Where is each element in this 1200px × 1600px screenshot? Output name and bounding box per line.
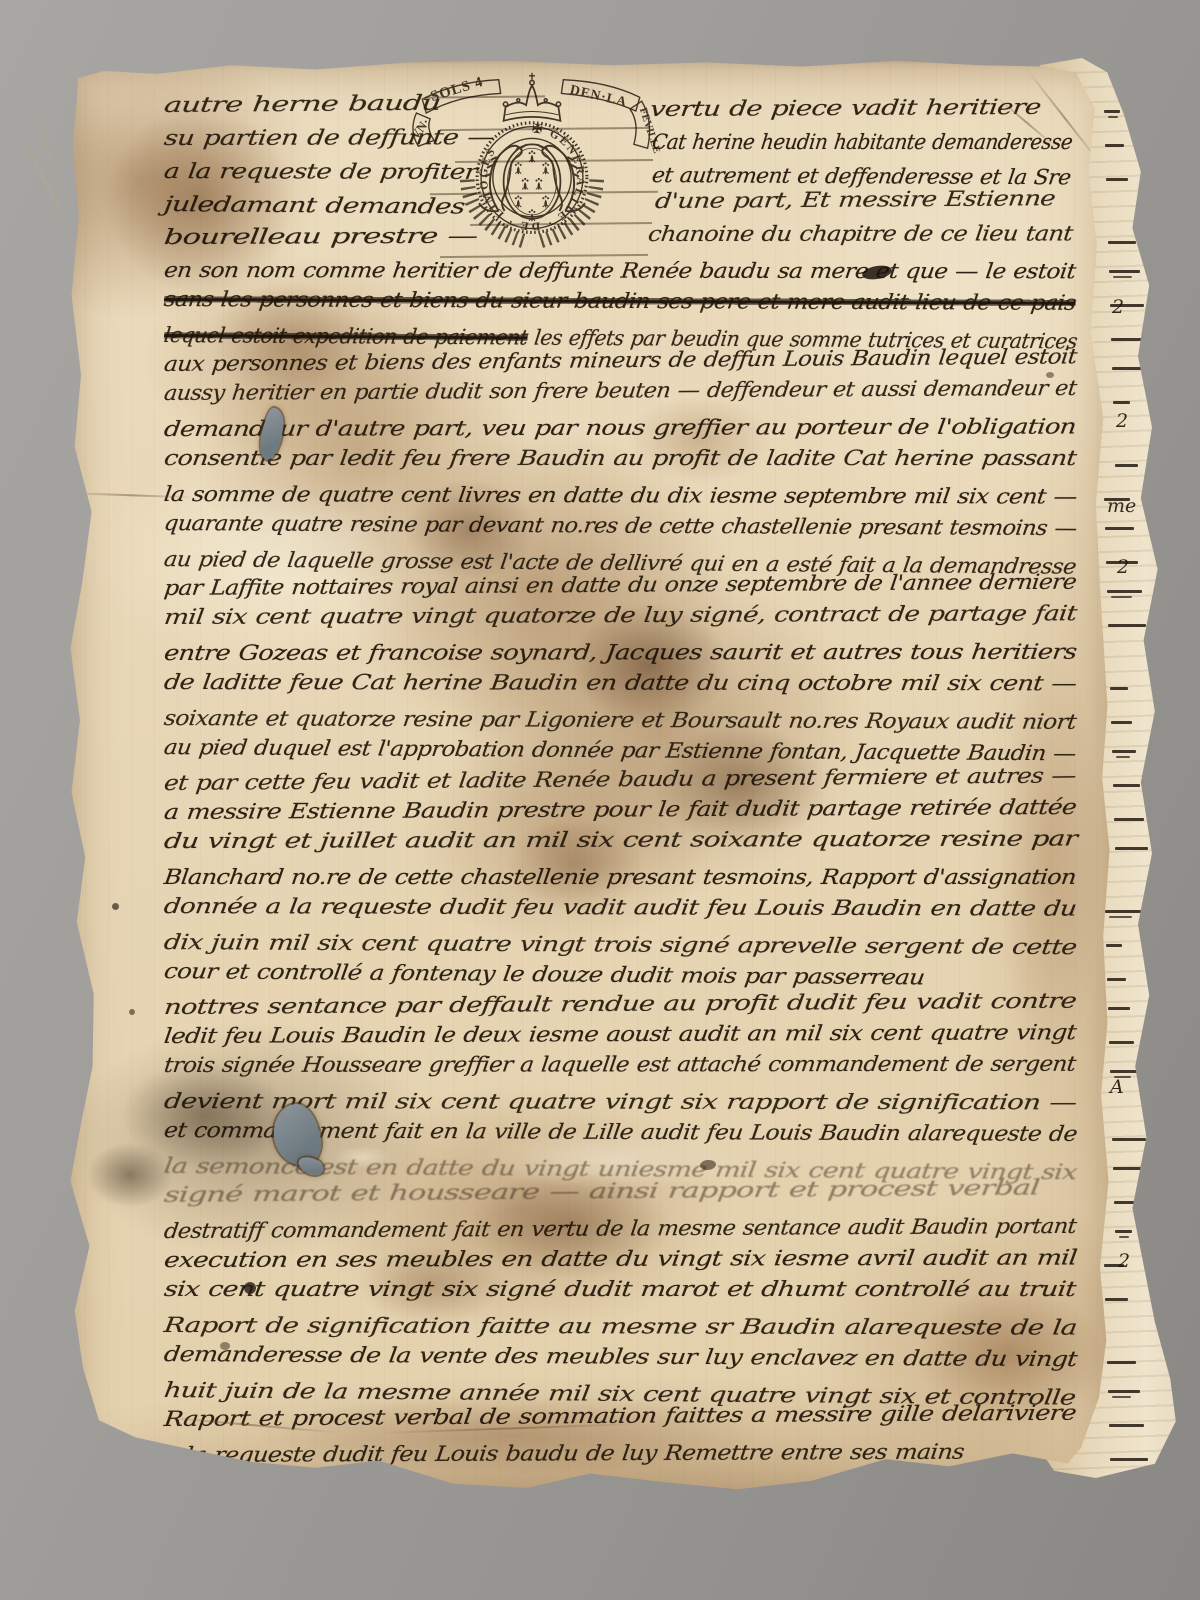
manuscript-line: entre Gozeas et francoise soynard, Jacqu…	[162, 639, 1078, 669]
manuscript-line: quarante quatre resine par devant no.res…	[162, 510, 1078, 544]
line-end-dash	[1114, 1201, 1154, 1204]
manuscript-line: donnée a la requeste dudit feu vadit aud…	[162, 893, 1078, 925]
line-end-dash	[1108, 1007, 1130, 1010]
edge-text-fragment: 2	[1118, 1250, 1130, 1272]
line-text: de laditte feue Cat herine Baudin en dat…	[163, 670, 1078, 695]
manuscript-line: bourelleau prestre —	[162, 223, 479, 253]
line-end-dash	[1116, 756, 1130, 758]
line-text: Blanchard no.re de cette chastellenie pr…	[163, 865, 1078, 889]
manuscript-line: destratiff commandement fait en vertu de…	[162, 1213, 1077, 1247]
struck-through-text: sans les personnes et biens du sieur bau…	[163, 287, 1077, 315]
line-end-dash	[1106, 944, 1122, 947]
manuscript-line: ledit feu Louis Baudin le deux iesme aou…	[162, 1019, 1077, 1052]
line-end-dash	[1119, 1236, 1129, 1238]
line-end-dash	[1105, 144, 1124, 147]
line-text: aussy heritier en partie dudit son frere…	[163, 376, 1078, 405]
ink-blot	[129, 1009, 135, 1015]
line-end-dash	[1105, 910, 1144, 913]
line-end-dash	[1105, 527, 1134, 530]
stamp-crown	[504, 86, 561, 121]
line-text: d'une part, Et messire Estienne	[654, 186, 1057, 213]
line-text: dix juin mil six cent quatre vingt trois…	[163, 930, 1078, 959]
manuscript-line: de laditte feue Cat herine Baudin en dat…	[162, 669, 1078, 699]
line-end-dash	[1106, 178, 1128, 181]
edge-text-fragment: 2	[1116, 410, 1128, 432]
line-text: Raport et procest verbal de sommation fa…	[163, 1401, 1078, 1431]
line-end-dash	[1109, 916, 1132, 918]
line-end-dash	[1115, 464, 1138, 467]
line-end-dash	[1107, 1361, 1136, 1364]
manuscript-line: cour et controllé a fontenay le douze du…	[162, 958, 926, 993]
manuscript-line: dix juin mil six cent quatre vingt trois…	[162, 929, 1078, 963]
line-end-dash	[1105, 1298, 1128, 1301]
manuscript-line: du vingt et juillet audit an mil six cen…	[162, 825, 1078, 857]
manuscript-line: aussy heritier en partie dudit son frere…	[162, 375, 1077, 409]
line-text: execution en ses meubles en datte du vin…	[163, 1245, 1078, 1272]
line-text: bourelleau prestre —	[163, 224, 479, 249]
struck-through-text: lequel estoit expedition de paiement	[163, 323, 529, 350]
line-text: du vingt et juillet audit an mil six cen…	[163, 826, 1079, 853]
manuscript-line: consentie par ledit feu frere Baudin au …	[162, 445, 1077, 474]
line-text: en son nom comme heritier de deffunte Re…	[163, 258, 1077, 283]
manuscript-line: Blanchard no.re de cette chastellenie pr…	[162, 864, 1077, 893]
manuscript-line: execution en ses meubles en datte du vin…	[162, 1244, 1078, 1276]
line-text: la somme de quatre cent livres en datte …	[163, 482, 1079, 509]
line-text: ledit feu Louis Baudin le deux iesme aou…	[163, 1020, 1078, 1048]
line-text: mil six cent quatre vingt quatorze de lu…	[163, 601, 1078, 629]
manuscript-line: en son nom comme heritier de deffunte Re…	[162, 257, 1077, 287]
line-text: signé marot et housseare — ainsi rapport…	[163, 1176, 1041, 1207]
manuscript-line: a la requeste de profiter	[162, 158, 478, 188]
manuscript-line: signé marot et housseare — ainsi rapport…	[162, 1175, 1040, 1211]
line-end-dash	[1112, 750, 1136, 753]
line-text: trois signée Housseare greffier a laquel…	[163, 1052, 1077, 1077]
line-end-dash	[1112, 367, 1152, 370]
photograph-of-manuscript: 22me2A2	[0, 0, 1200, 1600]
line-text: quarante quatre resine par devant no.res…	[163, 511, 1079, 540]
manuscript-line: Cat herine heudin habitante demanderesse	[650, 129, 1074, 158]
line-text: cour et controllé a fontenay le douze du…	[163, 959, 926, 989]
line-text: a la requeste de profiter	[163, 159, 478, 184]
manuscript-line: par Laffite nottaires royal ainsi en dat…	[162, 569, 1077, 604]
line-end-dash	[1109, 1041, 1134, 1044]
line-text: consentie par ledit feu frere Baudin au …	[163, 446, 1078, 470]
line-end-dash	[1104, 110, 1120, 113]
edge-text-fragment: A	[1110, 1076, 1124, 1098]
manuscript-line: sans les personnes et biens du sieur bau…	[162, 286, 1077, 319]
manuscript-line: demanderesse de la vente des meubles sur…	[162, 1341, 1078, 1375]
line-text: vertu de piece vadit heritiere	[649, 95, 1042, 121]
line-text: demanderesse de la vente des meubles sur…	[163, 1342, 1079, 1371]
line-text: au pied duquel est l'approbation donnée …	[163, 735, 1078, 765]
line-text: soixante et quatorze resine par Ligonier…	[163, 706, 1078, 734]
line-end-dash	[1108, 1390, 1140, 1393]
line-end-dash	[1108, 116, 1118, 118]
line-end-dash	[1109, 270, 1140, 273]
line-end-dash	[1111, 338, 1148, 341]
manuscript-line: a la requeste dudit feu Louis baudu de l…	[162, 1439, 965, 1471]
manuscript-line: chanoine du chapitre de ce lieu tant	[646, 220, 1074, 250]
line-end-dash	[1113, 784, 1140, 787]
ink-blot	[220, 1342, 230, 1350]
line-text: demandeur d'autre part, veu par nous gre…	[163, 414, 1078, 441]
stamp-banner-top-right-text: DEN·LA	[569, 82, 629, 110]
manuscript-line: la somme de quatre cent livres en datte …	[162, 481, 1078, 513]
line-end-dash	[1113, 401, 1130, 404]
manuscript-line: demandeur d'autre part, veu par nous gre…	[162, 413, 1077, 445]
manuscript-line: six cent quatre vingt six signé dudit ma…	[162, 1276, 1077, 1305]
line-end-dash	[1107, 978, 1126, 981]
manuscript-line: d'une part, Et messire Estienne	[653, 185, 1056, 217]
line-end-dash	[1110, 1070, 1138, 1073]
line-text: autre herne baudu	[163, 91, 442, 117]
paper-fiber	[40, 120, 52, 165]
line-text: Raport de signification faitte au mesme …	[163, 1313, 1078, 1340]
line-text: chanoine du chapitre de ce lieu tant	[647, 221, 1074, 246]
line-text: juledamant demandes	[163, 192, 466, 218]
line-end-dash	[1109, 1424, 1144, 1427]
ink-blot	[1046, 372, 1054, 378]
line-text: a la requeste dudit feu Louis baudu de l…	[163, 1440, 966, 1467]
paper-fiber	[26, 147, 62, 212]
line-end-dash	[1112, 1138, 1146, 1141]
manuscript-line: mil six cent quatre vingt quatorze de lu…	[162, 600, 1078, 633]
line-text: six cent quatre vingt six signé dudit ma…	[163, 1277, 1077, 1301]
manuscript-page: ✠ GENERALITE · DE · LIMOGES SOLS 4 DEN·L…	[62, 58, 1118, 1498]
line-text: su partien de deffunte —	[163, 125, 496, 150]
line-end-dash	[1115, 1230, 1132, 1233]
edge-text-fragment: me	[1107, 495, 1136, 517]
line-text: nottres sentance par deffault rendue au …	[163, 989, 1078, 1019]
line-text: Cat herine heudin habitante demanderesse	[651, 130, 1074, 154]
line-text: aux personnes et biens des enfants mineu…	[163, 344, 1078, 376]
manuscript-line: vertu de piece vadit heritiere	[648, 94, 1042, 125]
line-text: a messire Estienne Baudin prestre pour l…	[163, 795, 1078, 824]
line-text: donnée a la requeste dudit feu vadit aud…	[163, 894, 1078, 921]
manuscript-line: juledamant demandes	[162, 191, 466, 222]
line-end-dash	[1112, 1396, 1131, 1398]
manuscript-line: soixante et quatorze resine par Ligonier…	[162, 705, 1077, 738]
line-end-dash	[1107, 590, 1142, 593]
manuscript-line: trois signée Housseare greffier a laquel…	[162, 1051, 1077, 1081]
line-end-dash	[1114, 818, 1144, 821]
line-end-dash	[1108, 624, 1146, 627]
line-end-dash	[1108, 241, 1136, 244]
line-end-dash	[1110, 687, 1128, 690]
edge-text-fragment: 2	[1117, 556, 1129, 578]
manuscript-line: autre herne baudu	[162, 90, 442, 121]
line-end-dash	[1110, 1458, 1148, 1461]
line-end-dash	[1111, 721, 1132, 724]
line-text: entre Gozeas et francoise soynard, Jacqu…	[163, 640, 1078, 665]
line-end-dash	[1113, 276, 1132, 278]
manuscript-line: Raport de signification faitte au mesme …	[162, 1312, 1078, 1344]
line-end-dash	[1113, 1167, 1150, 1170]
line-text: destratiff commandement fait en vertu de…	[163, 1214, 1078, 1243]
manuscript-line: et par cette feu vadit et ladite Renée b…	[162, 762, 1077, 799]
line-end-dash	[1115, 847, 1148, 850]
edge-text-fragment: 2	[1112, 296, 1124, 318]
manuscript-line: su partien de deffunte —	[162, 124, 495, 154]
manuscript-line: nottres sentance par deffault rendue au …	[162, 988, 1077, 1023]
manuscript-line: a messire Estienne Baudin prestre pour l…	[162, 794, 1077, 828]
line-text: par Laffite nottaires royal ainsi en dat…	[163, 570, 1078, 600]
line-text: et par cette feu vadit et ladite Renée b…	[163, 763, 1077, 795]
line-end-dash	[1111, 596, 1132, 598]
ink-blot	[112, 903, 119, 910]
ink-blot	[244, 1282, 256, 1294]
